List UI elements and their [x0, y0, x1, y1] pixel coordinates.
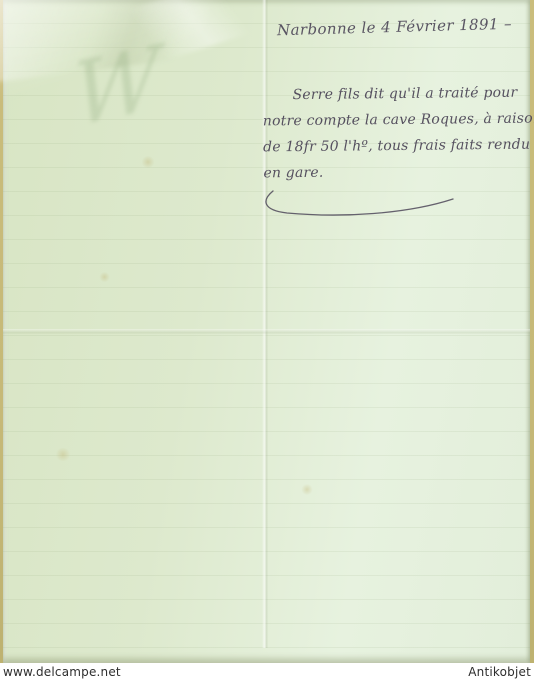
signature-flourish [257, 186, 469, 222]
handwritten-dateline: Narbonne le 4 Février 1891 – [277, 15, 509, 39]
paper-stain [55, 448, 71, 461]
handwritten-line: en gare. [263, 158, 529, 187]
handwritten-line: notre compte la cave Roques, à raison [263, 106, 529, 135]
handwritten-paragraph: Serre fils dit qu'il a traité pour notre… [262, 80, 529, 187]
scanned-letter-photo: W Narbonne le 4 Février 1891 – Serre fil… [0, 0, 534, 680]
handwritten-line: Serre fils dit qu'il a traité pour [262, 80, 528, 109]
handwritten-line: de 18fr 50 l'hº, tous frais faits rendu [263, 132, 529, 161]
watermark-right: Antikobjet [468, 665, 531, 679]
watermark-left: www.delcampe.net [3, 665, 121, 679]
paper-watermark-monogram: W [72, 34, 162, 140]
paper-stain [301, 484, 313, 495]
letter-paper: W Narbonne le 4 Février 1891 – Serre fil… [3, 0, 530, 663]
horizontal-fold-crease [3, 329, 530, 334]
paper-stain [99, 272, 110, 282]
watermark-bar: www.delcampe.net Antikobjet [0, 663, 534, 680]
